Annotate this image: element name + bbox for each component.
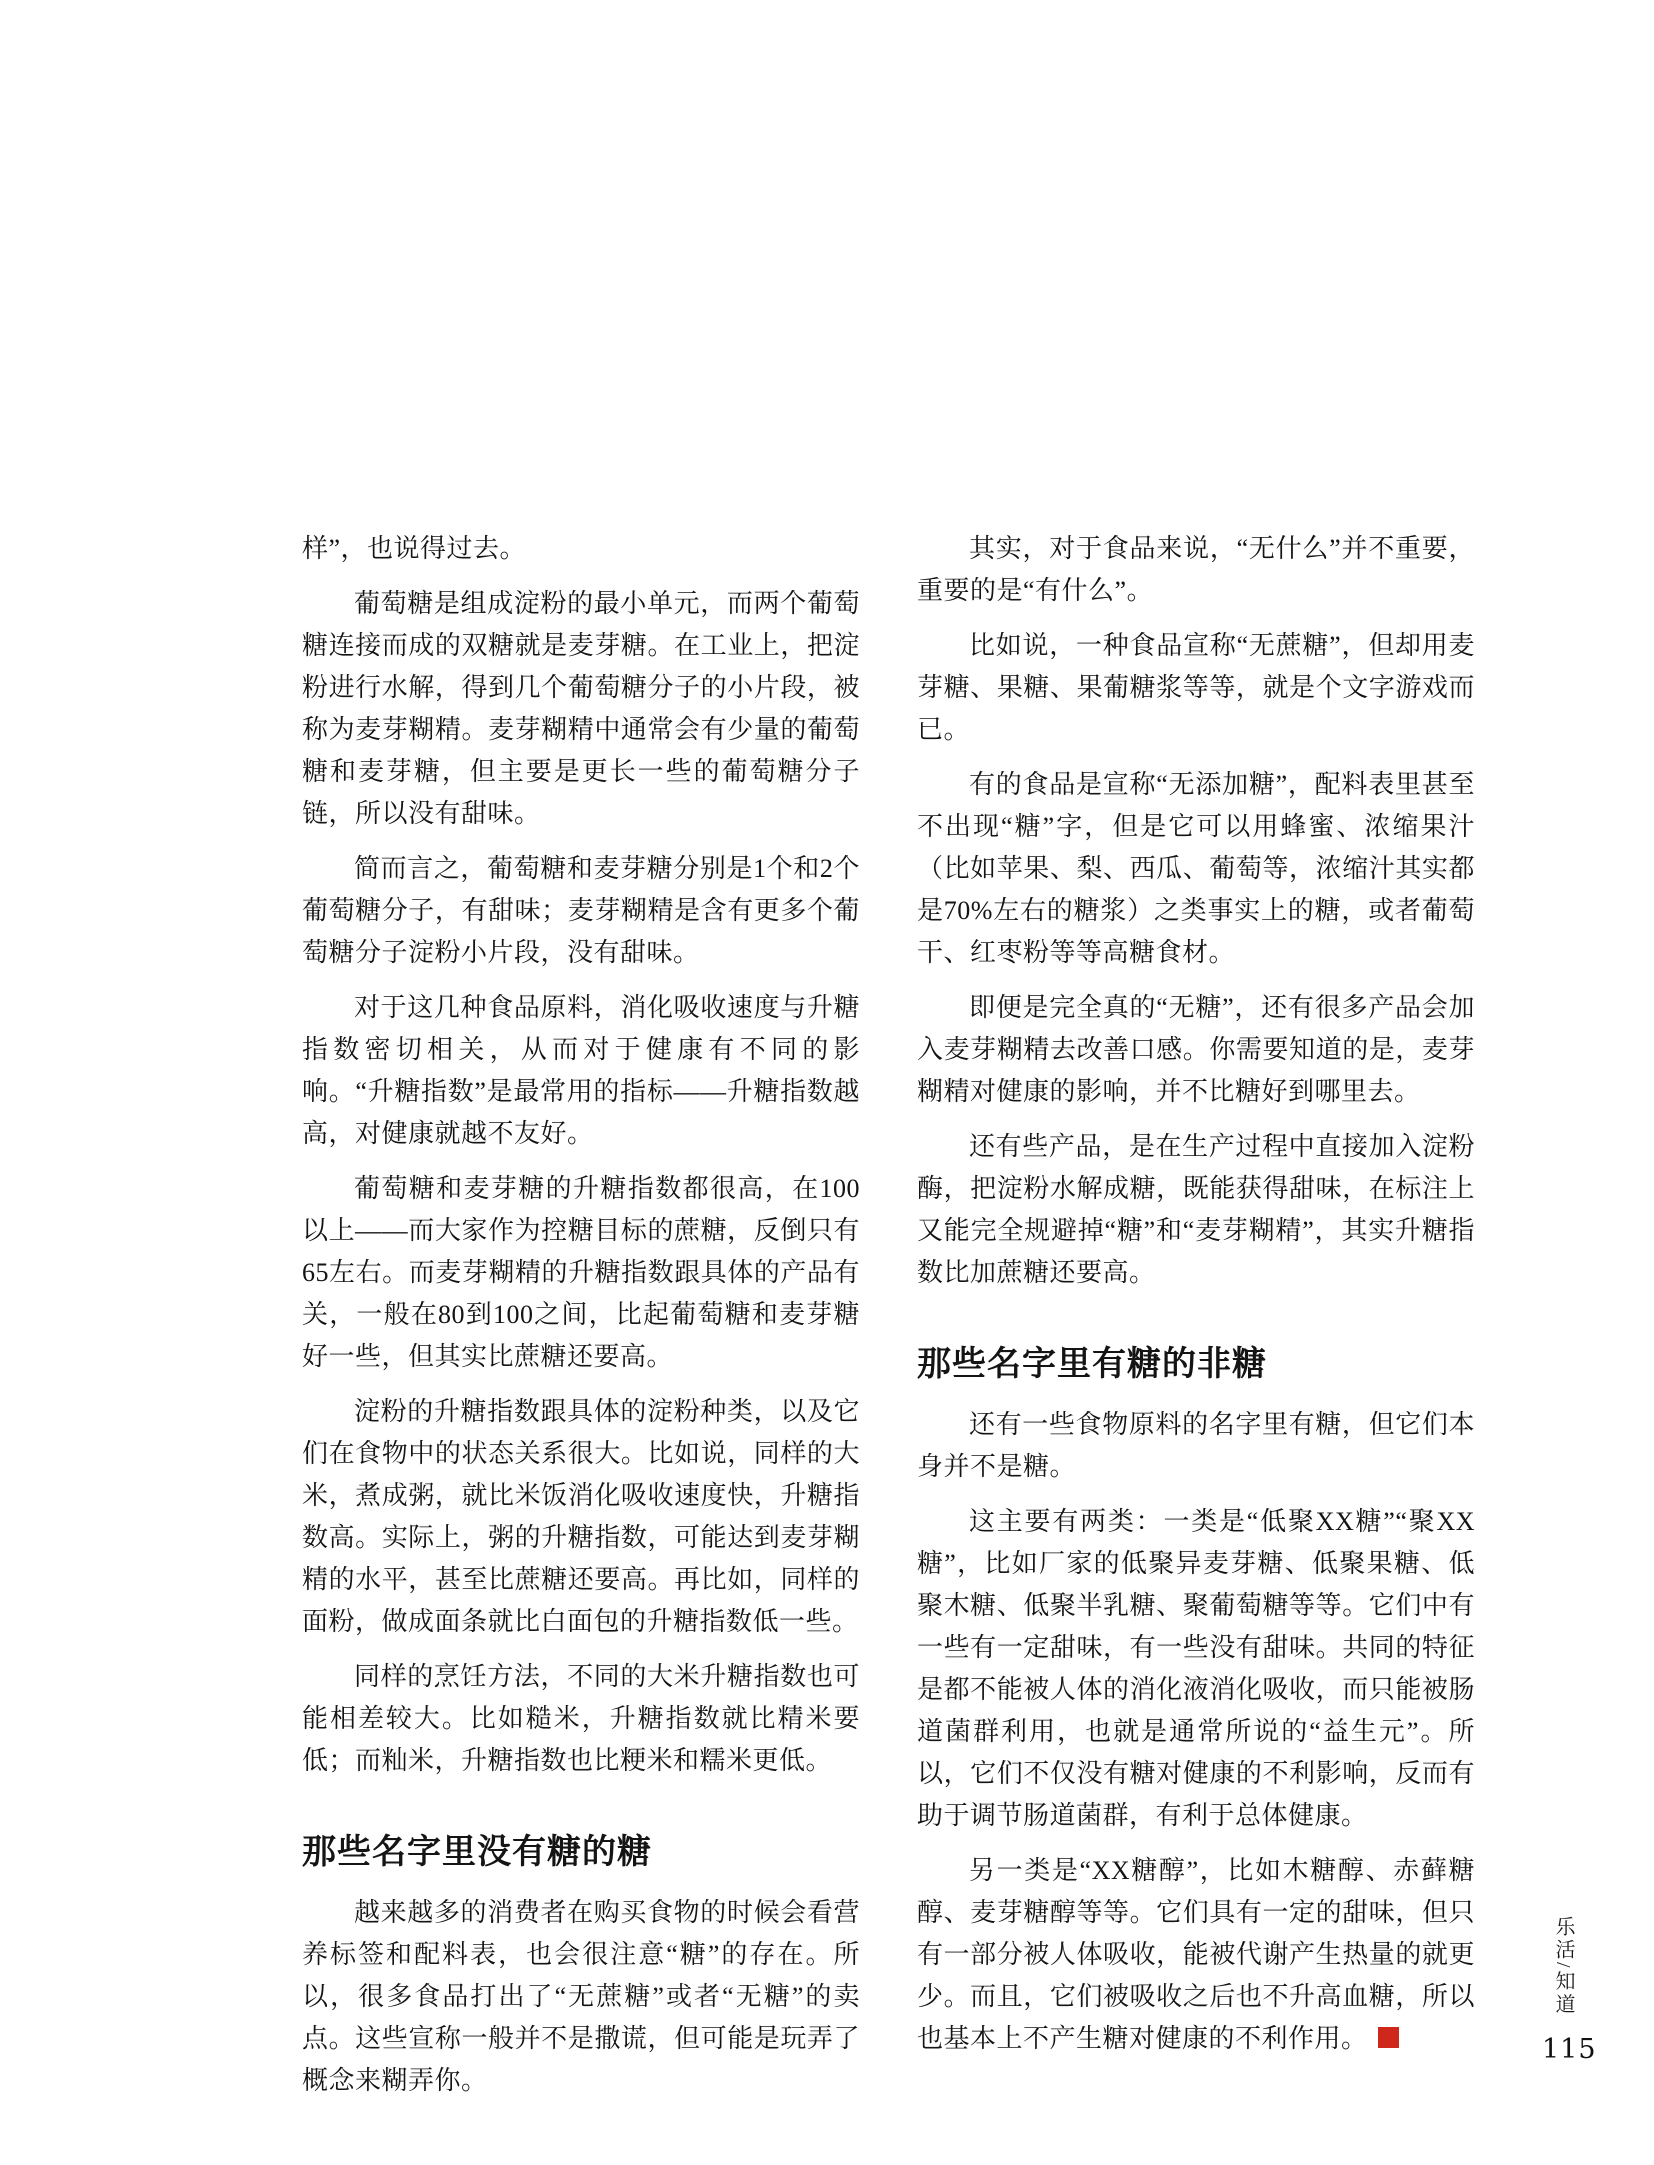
text-column-left: 样”，也说得过去。葡萄糖是组成淀粉的最小单元，而两个葡萄糖连接而成的双糖就是麦芽… (302, 528, 860, 2102)
paragraph: 简而言之，葡萄糖和麦芽糖分别是1个和2个葡萄糖分子，有甜味；麦芽糊精是含有更多个… (302, 848, 860, 974)
section-margin-caption: 乐活/知道 (1549, 1916, 1578, 2017)
paragraph: 同样的烹饪方法，不同的大米升糖指数也可能相差较大。比如糙米，升糖指数就比精米要低… (302, 1656, 860, 1782)
paragraph: 即便是完全真的“无糖”，还有很多产品会加入麦芽糊精去改善口感。你需要知道的是，麦… (917, 987, 1475, 1113)
paragraph: 有的食品是宣称“无添加糖”，配料表里甚至不出现“糖”字，但是它可以用蜂蜜、浓缩果… (917, 764, 1475, 974)
paragraph: 葡萄糖是组成淀粉的最小单元，而两个葡萄糖连接而成的双糖就是麦芽糖。在工业上，把淀… (302, 583, 860, 835)
paragraph: 另一类是“XX糖醇”，比如木糖醇、赤藓糖醇、麦芽糖醇等等。它们具有一定的甜味，但… (917, 1850, 1475, 2060)
paragraph: 越来越多的消费者在购买食物的时候会看营养标签和配料表，也会很注意“糖”的存在。所… (302, 1892, 860, 2102)
paragraph: 还有些产品，是在生产过程中直接加入淀粉酶，把淀粉水解成糖，既能获得甜味，在标注上… (917, 1126, 1475, 1294)
paragraph: 葡萄糖和麦芽糖的升糖指数都很高，在100以上——而大家作为控糖目标的蔗糖，反倒只… (302, 1168, 860, 1378)
paragraph: 比如说，一种食品宣称“无蔗糖”，但却用麦芽糖、果糖、果葡糖浆等等，就是个文字游戏… (917, 625, 1475, 751)
paragraph: 对于这几种食品原料，消化吸收速度与升糖指数密切相关，从而对于健康有不同的影响。“… (302, 987, 860, 1155)
paragraph: 其实，对于食品来说，“无什么”并不重要，重要的是“有什么”。 (917, 528, 1475, 612)
paragraph: 还有一些食物原料的名字里有糖，但它们本身并不是糖。 (917, 1404, 1475, 1488)
text-column-right: 其实，对于食品来说，“无什么”并不重要，重要的是“有什么”。比如说，一种食品宣称… (917, 528, 1475, 2060)
section-heading: 那些名字里有糖的非糖 (917, 1340, 1475, 1390)
article-end-mark (1378, 2027, 1399, 2048)
section-heading: 那些名字里没有糖的糖 (302, 1828, 860, 1878)
page-number: 115 (1542, 2034, 1597, 2065)
paragraph: 这主要有两类：一类是“低聚XX糖”“聚XX糖”，比如厂家的低聚异麦芽糖、低聚果糖… (917, 1501, 1475, 1837)
magazine-page: 样”，也说得过去。葡萄糖是组成淀粉的最小单元，而两个葡萄糖连接而成的双糖就是麦芽… (0, 0, 1654, 2165)
paragraph: 样”，也说得过去。 (302, 528, 860, 570)
paragraph: 淀粉的升糖指数跟具体的淀粉种类，以及它们在食物中的状态关系很大。比如说，同样的大… (302, 1391, 860, 1643)
